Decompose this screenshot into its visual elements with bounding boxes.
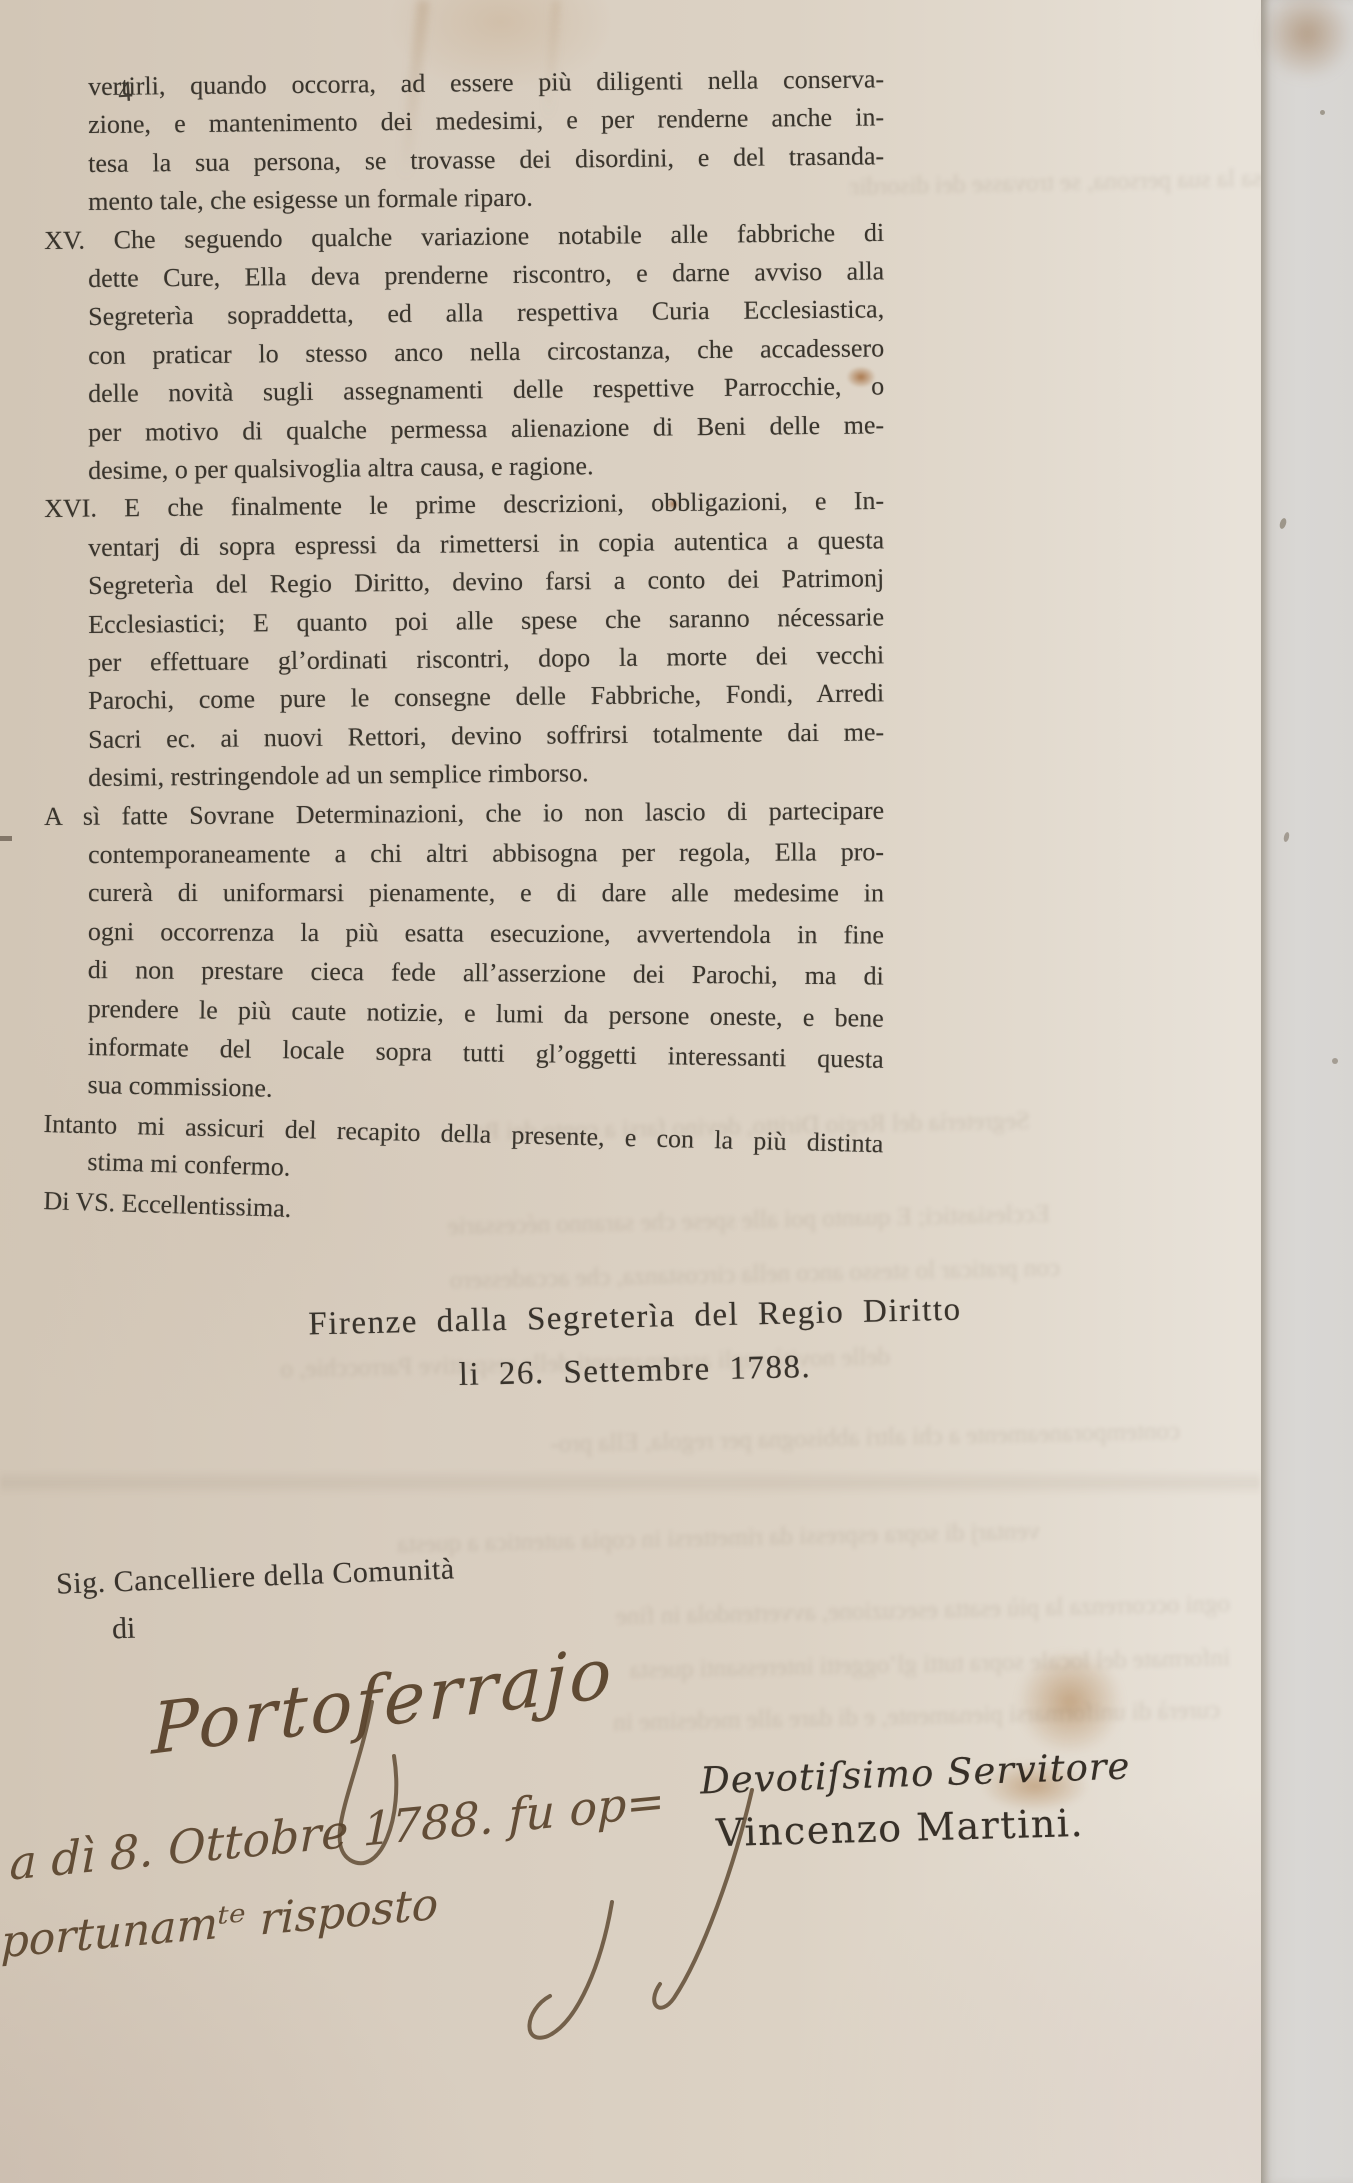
scanned-page: tesa la sua persona, se trovasse dei dis… bbox=[0, 0, 1353, 2183]
handwritten-note-line2: portunamᵗᵉ risposto bbox=[0, 1879, 438, 1969]
ink-speck bbox=[0, 836, 12, 841]
addressee-title: Sig. Cancelliere della Comunità bbox=[55, 1552, 455, 1601]
handwritten-place-name: Portoferrajo bbox=[151, 1631, 615, 1771]
adjacent-page-edge bbox=[1261, 0, 1353, 2183]
dateline-place: Firenze dalla Segreterìa del Regio Dirit… bbox=[235, 1289, 1036, 1347]
flourish-stroke bbox=[529, 1902, 612, 2038]
signature-name: Vincenzo Martini. bbox=[715, 1801, 1084, 1855]
signature-valediction: Devotiſsimo Servitore bbox=[699, 1745, 1131, 1803]
bleedthrough-line: informate del locale sopra tutti gl’ogge… bbox=[590, 1643, 1230, 1686]
printed-line: desime, o per qualsivoglia altra causa, … bbox=[88, 446, 884, 488]
paper-fold bbox=[0, 1470, 1260, 1496]
printed-line: mento tale, che esigesse un formale ripa… bbox=[88, 178, 884, 220]
bleedthrough-line: contemporaneamente a chi altri abbisogna… bbox=[480, 1417, 1180, 1462]
bleedthrough-line: tesa la sua persona, se trovasse dei dis… bbox=[850, 164, 1281, 203]
bleedthrough-line: curerà di uniformarsi pienamente, e di d… bbox=[600, 1696, 1220, 1739]
printed-line: desimi, restringendole ad un semplice ri… bbox=[88, 754, 884, 796]
bleedthrough-line: ogni occorrenza la più esatta esecuzione… bbox=[590, 1589, 1230, 1632]
dateline-date: li 26. Settembre 1788. bbox=[235, 1343, 1036, 1401]
addressee-di: di bbox=[111, 1612, 136, 1647]
handwritten-note-line1: a dì 8. Ottobre 1788. fu op= bbox=[9, 1773, 665, 1890]
